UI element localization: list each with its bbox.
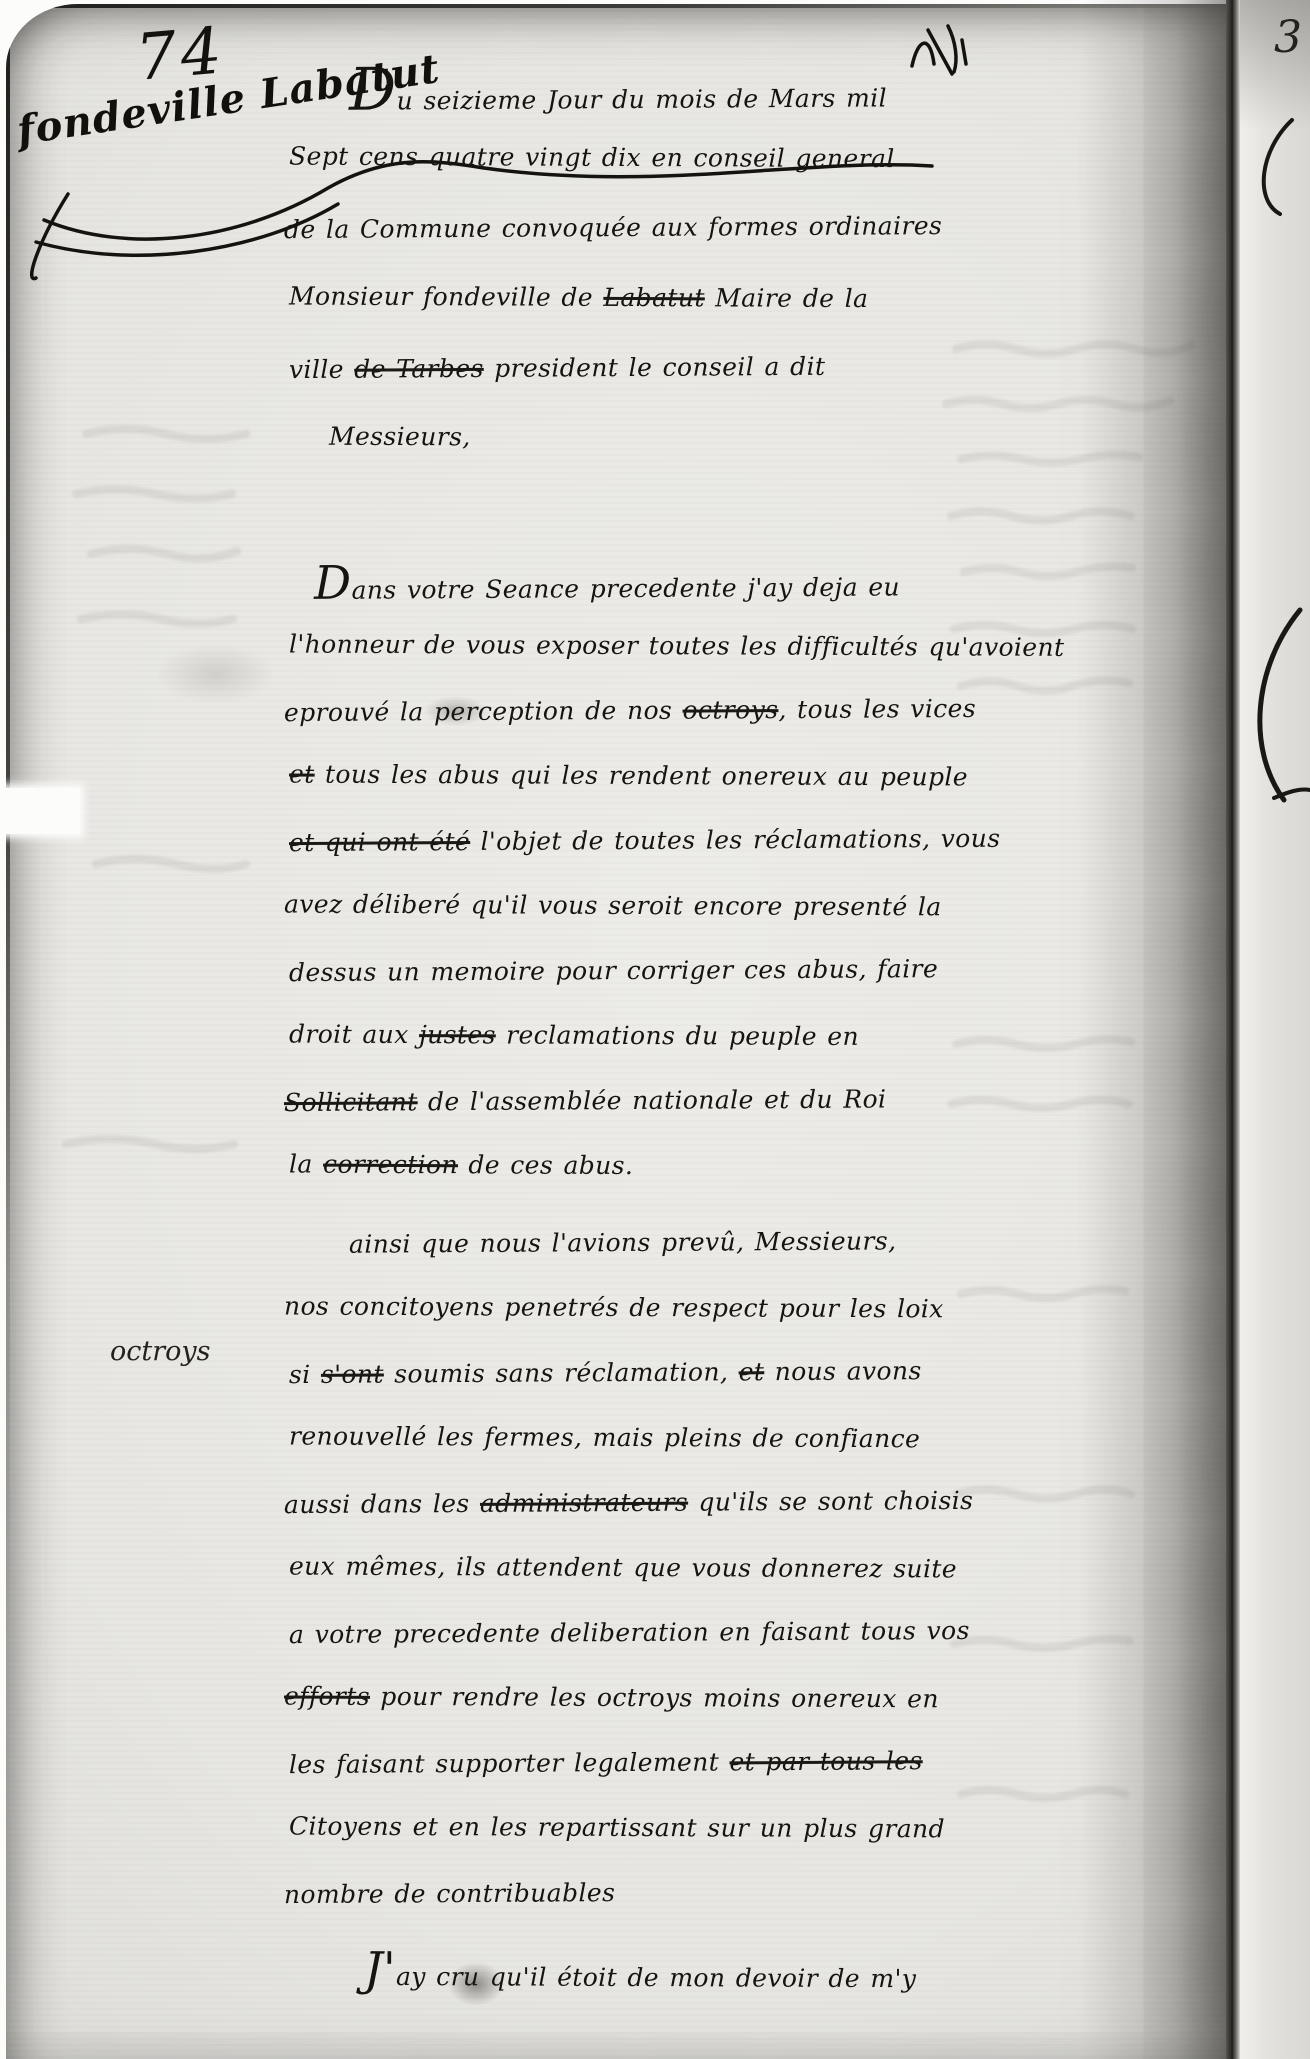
struck-handwritten-text: Sollicitant bbox=[284, 1087, 418, 1117]
struck-handwritten-text: efforts bbox=[284, 1681, 370, 1710]
handwritten-text: de l'assemblée nationale et du Roi bbox=[418, 1084, 887, 1116]
scanner-edge-gap bbox=[0, 788, 80, 834]
handwritten-text: Du seizieme Jour du mois de Mars mil bbox=[349, 83, 887, 115]
manuscript-line: la correction de ces abus. bbox=[289, 1135, 973, 1203]
manuscript-line: et qui ont été l'objet de toutes les réc… bbox=[289, 809, 973, 878]
handwritten-text: Monsieur fondeville de bbox=[289, 282, 603, 312]
manuscript-line: ville de Tarbes president le conseil a d… bbox=[289, 334, 973, 408]
binding-fold bbox=[1226, 0, 1240, 2059]
handwritten-text: soumis sans réclamation, bbox=[384, 1357, 739, 1388]
manuscript-line: Messieurs, bbox=[284, 404, 973, 477]
handwritten-text: a votre precedente deliberation en faisa… bbox=[289, 1616, 970, 1649]
handwritten-text: Citoyens et en les repartissant sur un p… bbox=[289, 1812, 945, 1844]
manuscript-line: Dans votre Seance precedente j'ay deja e… bbox=[289, 549, 973, 618]
manuscript-line: l'honneur de vous exposer toutes les dif… bbox=[289, 615, 973, 683]
manuscript-scan: 74 fondeville Labatut octroys Du seiziem… bbox=[0, 0, 1310, 2059]
handwritten-text: de la Commune convoquée aux formes ordin… bbox=[284, 211, 942, 244]
manuscript-line: de la Commune convoquée aux formes ordin… bbox=[284, 194, 973, 268]
ink-smudge bbox=[424, 696, 488, 726]
struck-handwritten-text: de Tarbes bbox=[354, 354, 484, 384]
binding-shadow bbox=[1080, 0, 1228, 2059]
struck-handwritten-text: et bbox=[289, 760, 315, 789]
manuscript-line: renouvellé les fermes, mais pleins de co… bbox=[289, 1407, 973, 1475]
ink-blot bbox=[448, 1962, 504, 2006]
handwritten-text: nous avons bbox=[764, 1356, 922, 1386]
struck-handwritten-text: Labatut bbox=[603, 283, 705, 312]
handwritten-text: qu'ils se sont choisis bbox=[688, 1486, 973, 1517]
handwritten-text: Maire de la bbox=[705, 283, 869, 313]
manuscript-line: dessus un memoire pour corriger ces abus… bbox=[289, 939, 973, 1008]
page-left-edge bbox=[6, 4, 10, 2059]
handwritten-text: Sept cens quatre vingt dix en conseil ge… bbox=[289, 142, 895, 174]
manuscript-line: si s'ont soumis sans réclamation, et nou… bbox=[289, 1341, 973, 1410]
handwritten-text: les faisant supporter legalement bbox=[289, 1747, 730, 1779]
manuscript-line: nombre de contribuables bbox=[284, 1861, 973, 1930]
manuscript-line: efforts pour rendre les octroys moins on… bbox=[284, 1666, 973, 1734]
handwritten-text: avez déliberé qu'il vous seroit encore p… bbox=[284, 889, 942, 921]
handwritten-text: pour rendre les octroys moins onereux en bbox=[370, 1682, 939, 1713]
handwritten-text: de ces abus. bbox=[458, 1150, 633, 1180]
handwritten-text: dessus un memoire pour corriger ces abus… bbox=[289, 954, 938, 987]
facing-page-sliver: 3 bbox=[1240, 0, 1310, 2059]
handwritten-text: ainsi que nous l'avions prevû, Messieurs… bbox=[349, 1226, 897, 1258]
manuscript-line: nos concitoyens penetrés de respect pour… bbox=[284, 1276, 973, 1344]
manuscript-line: aussi dans les administrateurs qu'ils se… bbox=[284, 1471, 973, 1540]
handwritten-text: president le conseil a dit bbox=[484, 352, 826, 383]
handwritten-text: eux mêmes, ils attendent que vous donner… bbox=[289, 1552, 957, 1584]
handwritten-text: Dans votre Seance precedente j'ay deja e… bbox=[314, 572, 900, 605]
manuscript-line: Du seizieme Jour du mois de Mars mil bbox=[289, 54, 973, 128]
handwritten-text: ville bbox=[289, 355, 354, 384]
struck-handwritten-text: et par tous les bbox=[729, 1746, 922, 1776]
margin-keyword-annotation: octroys bbox=[110, 1336, 211, 1367]
manuscript-line: les faisant supporter legalement et par … bbox=[289, 1731, 973, 1800]
handwritten-text: reclamations du peuple en bbox=[496, 1020, 859, 1051]
struck-handwritten-text: et qui ont été bbox=[289, 827, 470, 857]
manuscript-line: J'ay cru qu'il étoit de mon devoir de m'… bbox=[289, 1939, 973, 2007]
manuscript-line: eux mêmes, ils attendent que vous donner… bbox=[289, 1537, 973, 1605]
manuscript-line: eprouvé la perception de nos octroys, to… bbox=[284, 679, 973, 748]
page-top-edge bbox=[6, 4, 1232, 8]
manuscript-line: Sollicitant de l'assemblée nationale et … bbox=[284, 1069, 973, 1138]
handwritten-text: , tous les vices bbox=[778, 694, 976, 724]
struck-handwritten-text: octroys bbox=[682, 695, 778, 725]
handwritten-text: nombre de contribuables bbox=[284, 1878, 615, 1909]
handwritten-text: tous les abus qui les rendent onereux au… bbox=[315, 760, 968, 792]
handwritten-text: renouvellé les fermes, mais pleins de co… bbox=[289, 1422, 920, 1454]
manuscript-line: ainsi que nous l'avions prevû, Messieurs… bbox=[289, 1211, 973, 1280]
struck-handwritten-text: s'ont bbox=[321, 1360, 384, 1389]
manuscript-line: droit aux justes reclamations du peuple … bbox=[289, 1005, 973, 1073]
manuscript-line: a votre precedente deliberation en faisa… bbox=[289, 1601, 973, 1670]
manuscript-page: 74 fondeville Labatut octroys Du seiziem… bbox=[6, 4, 1232, 2059]
handwritten-text: l'honneur de vous exposer toutes les dif… bbox=[289, 630, 1065, 662]
manuscript-text-block: Du seizieme Jour du mois de Mars milSept… bbox=[289, 56, 973, 2005]
handwritten-text: Messieurs, bbox=[329, 422, 471, 452]
manuscript-line: Monsieur fondeville de Labatut Maire de … bbox=[289, 265, 973, 338]
manuscript-line: Sept cens quatre vingt dix en conseil ge… bbox=[289, 125, 973, 198]
handwritten-text: si bbox=[289, 1360, 321, 1389]
paper-stain bbox=[156, 644, 276, 704]
struck-handwritten-text: justes bbox=[419, 1020, 496, 1049]
facing-page-ink-strokes bbox=[1240, 0, 1310, 2059]
facing-page-number: 3 bbox=[1274, 12, 1302, 63]
handwritten-text: aussi dans les bbox=[284, 1489, 480, 1519]
struck-handwritten-text: administrateurs bbox=[480, 1488, 688, 1518]
manuscript-line: et tous les abus qui les rendent onereux… bbox=[289, 745, 973, 813]
handwritten-text: droit aux bbox=[289, 1020, 419, 1050]
handwritten-text: J'ay cru qu'il étoit de mon devoir de m'… bbox=[364, 1962, 916, 1993]
handwritten-text: la bbox=[289, 1150, 323, 1179]
handwritten-text: l'objet de toutes les réclamations, vous bbox=[470, 824, 1000, 856]
struck-handwritten-text: et bbox=[739, 1357, 765, 1386]
manuscript-line: Citoyens et en les repartissant sur un p… bbox=[289, 1797, 973, 1865]
manuscript-line: avez déliberé qu'il vous seroit encore p… bbox=[284, 874, 973, 942]
struck-handwritten-text: correction bbox=[323, 1150, 458, 1180]
handwritten-text: nos concitoyens penetrés de respect pour… bbox=[284, 1291, 944, 1323]
